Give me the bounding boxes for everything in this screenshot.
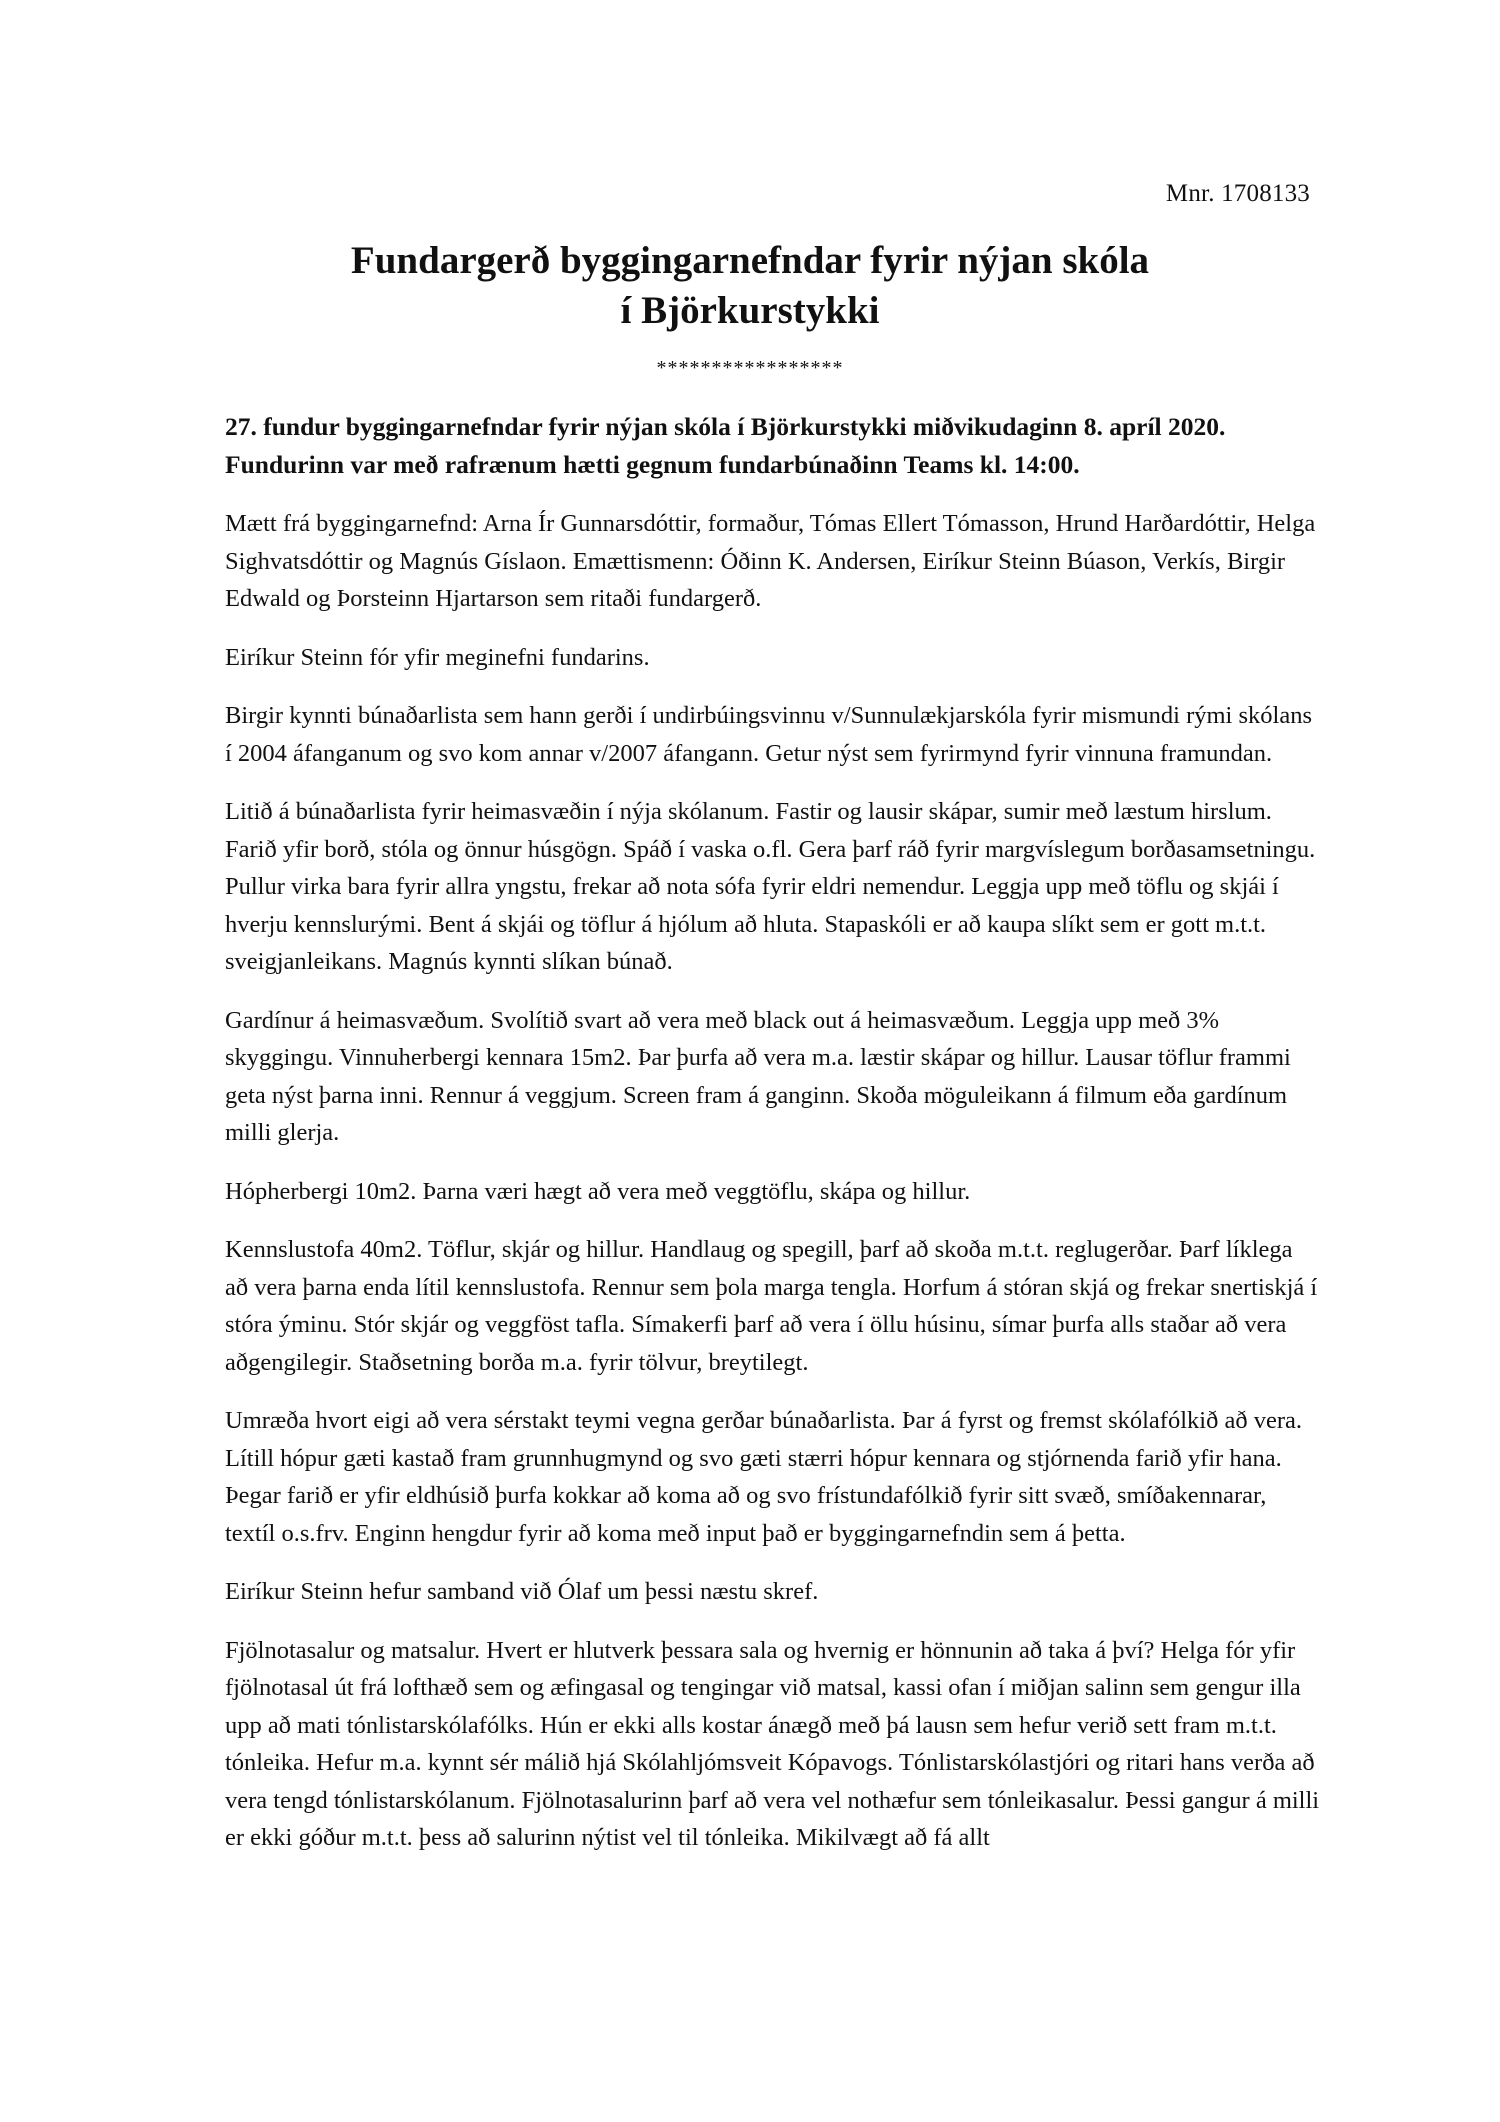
- paragraph: Eiríkur Steinn fór yfir meginefni fundar…: [225, 639, 1320, 677]
- reference-number: Mnr. 1708133: [1166, 180, 1310, 208]
- meeting-intro-paragraph: 27. fundur byggingarnefndar fyrir nýjan …: [225, 408, 1320, 483]
- title-line-2: í Björkurstykki: [0, 286, 1500, 336]
- document-title: Fundargerð byggingarnefndar fyrir nýjan …: [0, 236, 1500, 336]
- document-page: Mnr. 1708133 Fundargerð byggingarnefndar…: [0, 0, 1500, 2122]
- attendees-paragraph: Mætt frá byggingarnefnd: Arna Ír Gunnars…: [225, 505, 1320, 618]
- paragraph: Gardínur á heimasvæðum. Svolítið svart a…: [225, 1002, 1320, 1152]
- paragraph: Eiríkur Steinn hefur samband við Ólaf um…: [225, 1573, 1320, 1611]
- paragraph: Umræða hvort eigi að vera sérstakt teymi…: [225, 1402, 1320, 1552]
- title-line-1: Fundargerð byggingarnefndar fyrir nýjan …: [0, 236, 1500, 286]
- paragraph: Birgir kynnti búnaðarlista sem hann gerð…: [225, 697, 1320, 772]
- paragraph: Fjölnotasalur og matsalur. Hvert er hlut…: [225, 1632, 1320, 1857]
- paragraph: Litið á búnaðarlista fyrir heimasvæðin í…: [225, 793, 1320, 981]
- document-body: 27. fundur byggingarnefndar fyrir nýjan …: [225, 408, 1320, 1878]
- paragraph: Hópherbergi 10m2. Þarna væri hægt að ver…: [225, 1173, 1320, 1211]
- paragraph: Kennslustofa 40m2. Töflur, skjár og hill…: [225, 1231, 1320, 1381]
- separator: *****************: [0, 357, 1500, 380]
